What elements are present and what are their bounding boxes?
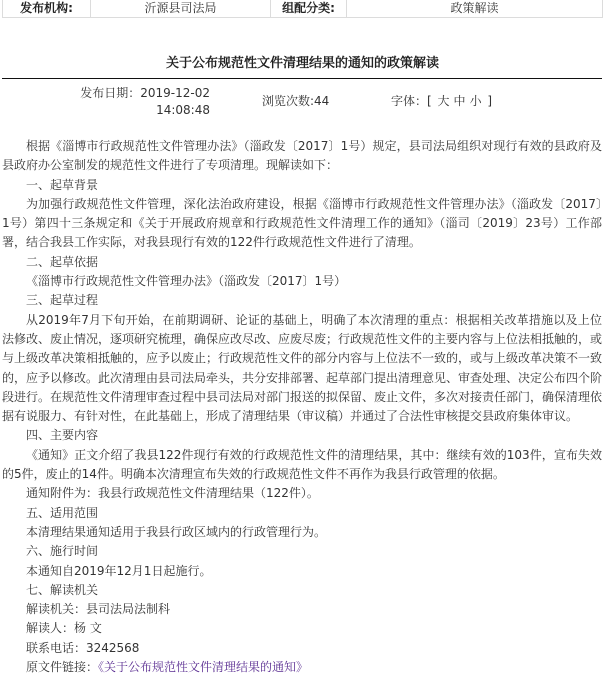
time-value: 14:08:48 (60, 102, 210, 119)
section-heading-scope: 五、适用范围 (2, 504, 602, 523)
original-link-label: 原文件链接： (26, 660, 98, 674)
scope-paragraph: 本清理结果通知适用于我县行政区域内的行政管理行为。 (2, 523, 602, 542)
process-paragraph: 从2019年7月下旬开始，在前期调研、论证的基础上，明确了本次清理的重点：根据相… (2, 311, 602, 427)
article-body: 根据《淄博市行政规范性文件管理办法》（淄政发〔2017〕1号）规定，县司法局组织… (2, 137, 602, 677)
date-label: 发布日期： (80, 86, 140, 100)
section-heading-process: 三、起草过程 (2, 291, 602, 310)
font-medium-button[interactable]: 中 (452, 94, 468, 108)
contact-phone: 联系电话：3242568 (2, 639, 602, 658)
basis-paragraph: 《淄博市行政规范性文件管理办法》（淄政发〔2017〕1号） (2, 272, 602, 291)
article-meta-table: 发布机构: 沂源县司法局 组配分类: 政策解读 (2, 0, 603, 18)
section-heading-background: 一、起草背景 (2, 176, 602, 195)
view-count: 浏览次数:44 (262, 93, 329, 110)
section-heading-interpreter: 七、解读机关 (2, 581, 602, 600)
original-document-link[interactable]: 《关于公布规范性文件清理结果的通知》 (98, 660, 308, 674)
attachment-paragraph: 通知附件为：我县行政规范性文件清理结果（122件）。 (2, 484, 602, 503)
original-link-row: 原文件链接：《关于公布规范性文件清理结果的通知》 (2, 658, 602, 677)
publish-date: 发布日期：2019-12-02 14:08:48 (60, 85, 210, 119)
publisher-label: 发布机构: (3, 0, 91, 18)
background-paragraph: 为加强行政规范性文件管理，深化法治政府建设，根据《淄博市行政规范性文件管理办法》… (2, 195, 602, 253)
category-value: 政策解读 (347, 0, 603, 18)
title-divider (2, 78, 602, 79)
intro-paragraph: 根据《淄博市行政规范性文件管理办法》（淄政发〔2017〕1号）规定，县司法局组织… (2, 137, 602, 176)
section-heading-effective: 六、施行时间 (2, 542, 602, 561)
bracket-close: ] (487, 94, 492, 108)
date-value: 2019-12-02 (140, 86, 210, 100)
font-size-selector: 字体：[ 大中小 ] (391, 93, 492, 110)
font-large-button[interactable]: 大 (436, 94, 452, 108)
font-label: 字体： (391, 94, 427, 108)
interpreter-org: 解读机关：县司法局法制科 (2, 600, 602, 619)
publisher-value: 沂源县司法局 (91, 0, 271, 18)
views-label: 浏览次数: (262, 94, 314, 108)
category-label: 组配分类: (271, 0, 347, 18)
effective-paragraph: 本通知自2019年12月1日起施行。 (2, 562, 602, 581)
section-heading-basis: 二、起草依据 (2, 253, 602, 272)
font-small-button[interactable]: 小 (468, 94, 484, 108)
page-title: 关于公布规范性文件清理结果的通知的政策解读 (0, 55, 605, 73)
content-paragraph: 《通知》正文介绍了我县122件现行有效的行政规范性文件的清理结果，其中：继续有效… (2, 446, 602, 485)
section-heading-content: 四、主要内容 (2, 426, 602, 445)
views-value: 44 (314, 94, 329, 108)
interpreter-person: 解读人：杨 文 (2, 619, 602, 638)
bracket-open: [ (427, 94, 432, 108)
